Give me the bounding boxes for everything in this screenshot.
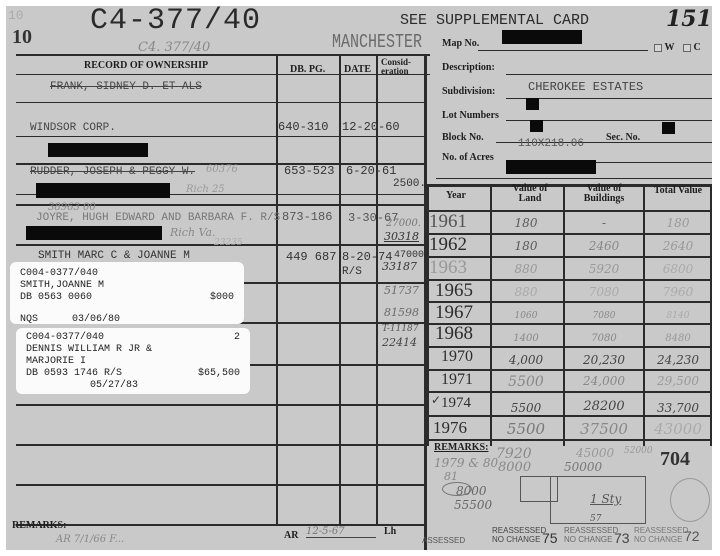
valuation-row: 1971 5500 24,000 29,500	[427, 371, 712, 393]
block-no-label: Block No.	[442, 132, 484, 143]
subdivision-label: Subdivision:	[442, 86, 495, 97]
valuation-row: 1968 1400 7080 8480	[427, 325, 712, 348]
db-pg-row-1: 640-310	[278, 120, 328, 134]
total-cell: 43000	[645, 420, 711, 438]
w-checkbox[interactable]	[654, 44, 662, 52]
no-change-label: NO CHANGE	[492, 535, 546, 544]
db-pg-row-3: 873-186	[282, 210, 332, 224]
land-cell: 180	[491, 216, 561, 230]
date-row-1: 12-20-60	[342, 120, 400, 134]
buildings-cell: 5920	[565, 262, 643, 276]
buildings-cell: 7080	[565, 311, 643, 321]
valuation-row: 1970 4,000 20,230 24,230	[427, 348, 712, 371]
buildings-cell: 20,230	[565, 353, 643, 367]
consideration-row-4-note: 33187	[382, 260, 417, 273]
label-2-amount: $65,500	[198, 368, 240, 380]
redacted-block	[36, 183, 170, 198]
label-2-line1: C004-0377/040	[26, 332, 104, 344]
sketch-label: 1 Sty	[590, 492, 621, 506]
buildings-cell: 2460	[565, 239, 643, 253]
label-2-line2: DENNIS WILLIAM R JR &	[26, 344, 240, 356]
valuation-rows: 1961 180 - 180 1962 180 2460 2640 1963 8…	[427, 212, 712, 441]
db-pg-row-4: 449 687	[286, 250, 336, 264]
buildings-header: Value of Buildings	[572, 184, 636, 204]
reassessed-year-73: 73	[614, 530, 630, 546]
date-row-2: 6-20-61	[346, 164, 396, 178]
owner-row-3-note2: Rich Va.	[170, 226, 216, 239]
total-cell: 7960	[645, 285, 711, 299]
land-cell: 180	[491, 239, 561, 253]
year-cell: 1968	[435, 323, 473, 345]
year-cell: 1962	[429, 234, 467, 256]
label-1-line2: SMITH,JOANNE M	[20, 280, 234, 292]
consideration-note: T-11187	[382, 324, 419, 334]
buildings-cell: 24,000	[565, 374, 643, 388]
buildings-cell: -	[565, 216, 643, 230]
year-cell: 1961	[429, 211, 467, 233]
year-cell: 1971	[441, 371, 473, 389]
redacted-block	[502, 30, 582, 44]
valuation-row: 1961 180 - 180	[427, 212, 712, 235]
total-cell: 180	[645, 216, 711, 230]
remarks-note: 55500	[454, 498, 492, 512]
no-change-label: NO CHANGE	[634, 535, 688, 544]
subdivision-value: CHEROKEE ESTATES	[528, 80, 643, 94]
year-cell: 1963	[429, 257, 467, 279]
consideration-note: 22414	[382, 336, 417, 349]
left-remarks-note: AR 7/1/66 F...	[56, 534, 124, 545]
reassessed-year-72: 72	[684, 528, 700, 544]
owner-row-2-note2: Rich 25	[186, 184, 225, 195]
year-cell: 1970	[441, 348, 473, 366]
remarks-note: 45000	[576, 446, 614, 460]
label-1-amount: $000	[210, 292, 234, 304]
total-cell: 8480	[645, 333, 711, 344]
buildings-cell: 7080	[565, 333, 643, 344]
year-cell: 1974	[441, 395, 471, 412]
reassessed-stamp-75: REASSESSED NO CHANGE	[492, 526, 546, 544]
land-cell: 1060	[491, 311, 561, 321]
consideration-note: 81598	[384, 306, 419, 319]
assessed-stamp-partial: ASSESSED	[422, 536, 465, 545]
redacted-block	[48, 143, 148, 157]
total-cell: 8140	[645, 311, 711, 321]
owner-row-2: RUDDER, JOSEPH & PEGGY W.	[30, 166, 195, 178]
label-1-line1: C004-0377/040	[20, 268, 234, 280]
label-2-line3: MARJORIE I	[26, 356, 240, 368]
w-label: W	[665, 42, 675, 53]
land-cell: 5500	[491, 420, 561, 438]
valuation-row: 1962 180 2460 2640	[427, 235, 712, 258]
total-cell: 6800	[645, 262, 711, 276]
land-cell: 880	[491, 285, 561, 299]
consideration-row-2: 2500.	[393, 178, 426, 190]
land-header: Value of Land	[502, 184, 558, 204]
ar-label: AR	[284, 530, 298, 541]
consideration-row-3: 27000.	[386, 218, 421, 229]
buildings-cell: 7080	[565, 285, 643, 299]
label-1-date: 03/06/80	[72, 314, 120, 326]
circled-note-icon	[442, 482, 472, 496]
valuation-row: 1965 880 7080 7960	[427, 281, 712, 303]
redacted-block	[662, 122, 675, 134]
land-cell: 4,000	[491, 353, 561, 367]
valuation-row: 1976 5500 37500 43000	[427, 417, 712, 441]
remarks-note: 8000	[498, 460, 531, 475]
description-label: Description:	[442, 62, 495, 73]
acres-label: No. of Acres	[442, 152, 494, 163]
buildings-cell: 28200	[565, 399, 643, 414]
db-pg-row-2: 653-523	[284, 164, 334, 178]
card-number-handwritten: C4. 377/40	[138, 40, 210, 55]
remarks-note: 50000	[564, 460, 602, 474]
map-no-label: Map No.	[442, 38, 479, 49]
acres-value: 110X218.06	[518, 138, 584, 150]
valuation-row: ✓ 1974 5500 28200 33,700	[427, 393, 712, 417]
owner-row-1: WINDSOR CORP.	[30, 122, 116, 134]
reassessed-label: REASSESSED	[634, 526, 688, 535]
redacted-block	[530, 120, 543, 132]
redacted-block	[26, 226, 162, 240]
page-corner-faint: 10	[8, 8, 24, 23]
land-cell: 880	[491, 262, 561, 276]
remarks-note: 1979 & 80	[434, 456, 498, 470]
label-2-date: 05/27/83	[26, 380, 240, 392]
town-stamp: MANCHESTER	[332, 31, 422, 53]
date-header: DATE	[344, 64, 371, 75]
page-number: 151	[666, 6, 712, 32]
remarks-note: 52000	[624, 446, 653, 456]
owner-row-0: FRANK, SIDNEY D. ET ALS	[50, 81, 202, 93]
page-corner-number: 10	[12, 26, 32, 49]
year-cell: 1976	[433, 418, 467, 438]
db-pg-header: DB. PG.	[290, 64, 325, 75]
total-header: Total Value	[652, 186, 704, 196]
label-2-index: 2	[234, 332, 240, 344]
check-mark-icon: ✓	[431, 393, 441, 407]
ar-date: 12-5-67	[306, 526, 376, 538]
circled-initials-icon	[670, 478, 710, 522]
reassessed-label: REASSESSED	[564, 526, 618, 535]
lot-numbers-label: Lot Numbers	[442, 110, 499, 121]
reassessed-stamp-73: REASSESSED NO CHANGE	[564, 526, 618, 544]
no-change-label: NO CHANGE	[564, 535, 618, 544]
total-cell: 24,230	[645, 353, 711, 367]
owner-row-3: JOYRE, HUGH EDWARD AND BARBARA F. R/S	[36, 212, 280, 224]
consideration-header: Consid-eration	[381, 58, 421, 76]
valuation-row: 1963 880 5920 6800	[427, 258, 712, 281]
label-2-deed: DB 0593 1746 R/S	[26, 368, 122, 380]
land-cell: 5500	[491, 374, 561, 390]
ownership-label-2: C004-0377/040 2 DENNIS WILLIAM R JR & MA…	[16, 328, 250, 394]
label-1-deed: DB 0563 0060	[20, 292, 92, 304]
year-cell: 1965	[435, 280, 473, 302]
owner-row-3-note3: 23235	[214, 238, 243, 248]
total-cell: 29,500	[645, 374, 711, 388]
sketch-dimension: 57	[590, 514, 601, 524]
consideration-row-3-note: 30318	[384, 230, 419, 243]
owner-row-2-note: 60376	[206, 164, 238, 175]
land-cell: 1400	[491, 333, 561, 344]
date-row-4-note: R/S	[342, 266, 362, 278]
consideration-note: 51737	[384, 284, 419, 297]
buildings-cell: 37500	[565, 420, 643, 438]
c-label: C	[694, 42, 701, 53]
reassessed-stamp-72: REASSESSED NO CHANGE	[634, 526, 688, 544]
lh-label: Lh	[384, 526, 396, 537]
ownership-header: RECORD OF OWNERSHIP	[84, 60, 208, 71]
property-record-card: 10 10 C4-377/40 C4. 377/40 MANCHESTER SE…	[6, 6, 712, 550]
right-remarks-label: REMARKS:	[434, 442, 488, 453]
ownership-label-1: C004-0377/040 SMITH,JOANNE M DB 0563 006…	[10, 262, 244, 324]
label-1-code: NQS	[20, 314, 38, 326]
c-checkbox[interactable]	[683, 44, 691, 52]
left-remarks-label: REMARKS:	[12, 520, 66, 531]
valuation-row: 1967 1060 7080 8140	[427, 303, 712, 325]
land-cell: 5500	[491, 401, 561, 415]
reassessed-year-75: 75	[542, 530, 558, 546]
redacted-block	[526, 98, 539, 110]
card-number-stamp: C4-377/40	[90, 4, 261, 38]
remarks-stamp-number: 704	[660, 448, 690, 471]
reassessed-label: REASSESSED	[492, 526, 546, 535]
total-cell: 33,700	[645, 401, 711, 415]
redacted-block	[506, 160, 596, 174]
owner-row-4: SMITH MARC C & JOANNE M	[38, 250, 190, 262]
year-header: Year	[446, 190, 466, 201]
supplemental-note: SEE SUPPLEMENTAL CARD	[400, 12, 589, 29]
total-cell: 2640	[645, 239, 711, 253]
year-cell: 1967	[435, 302, 473, 324]
